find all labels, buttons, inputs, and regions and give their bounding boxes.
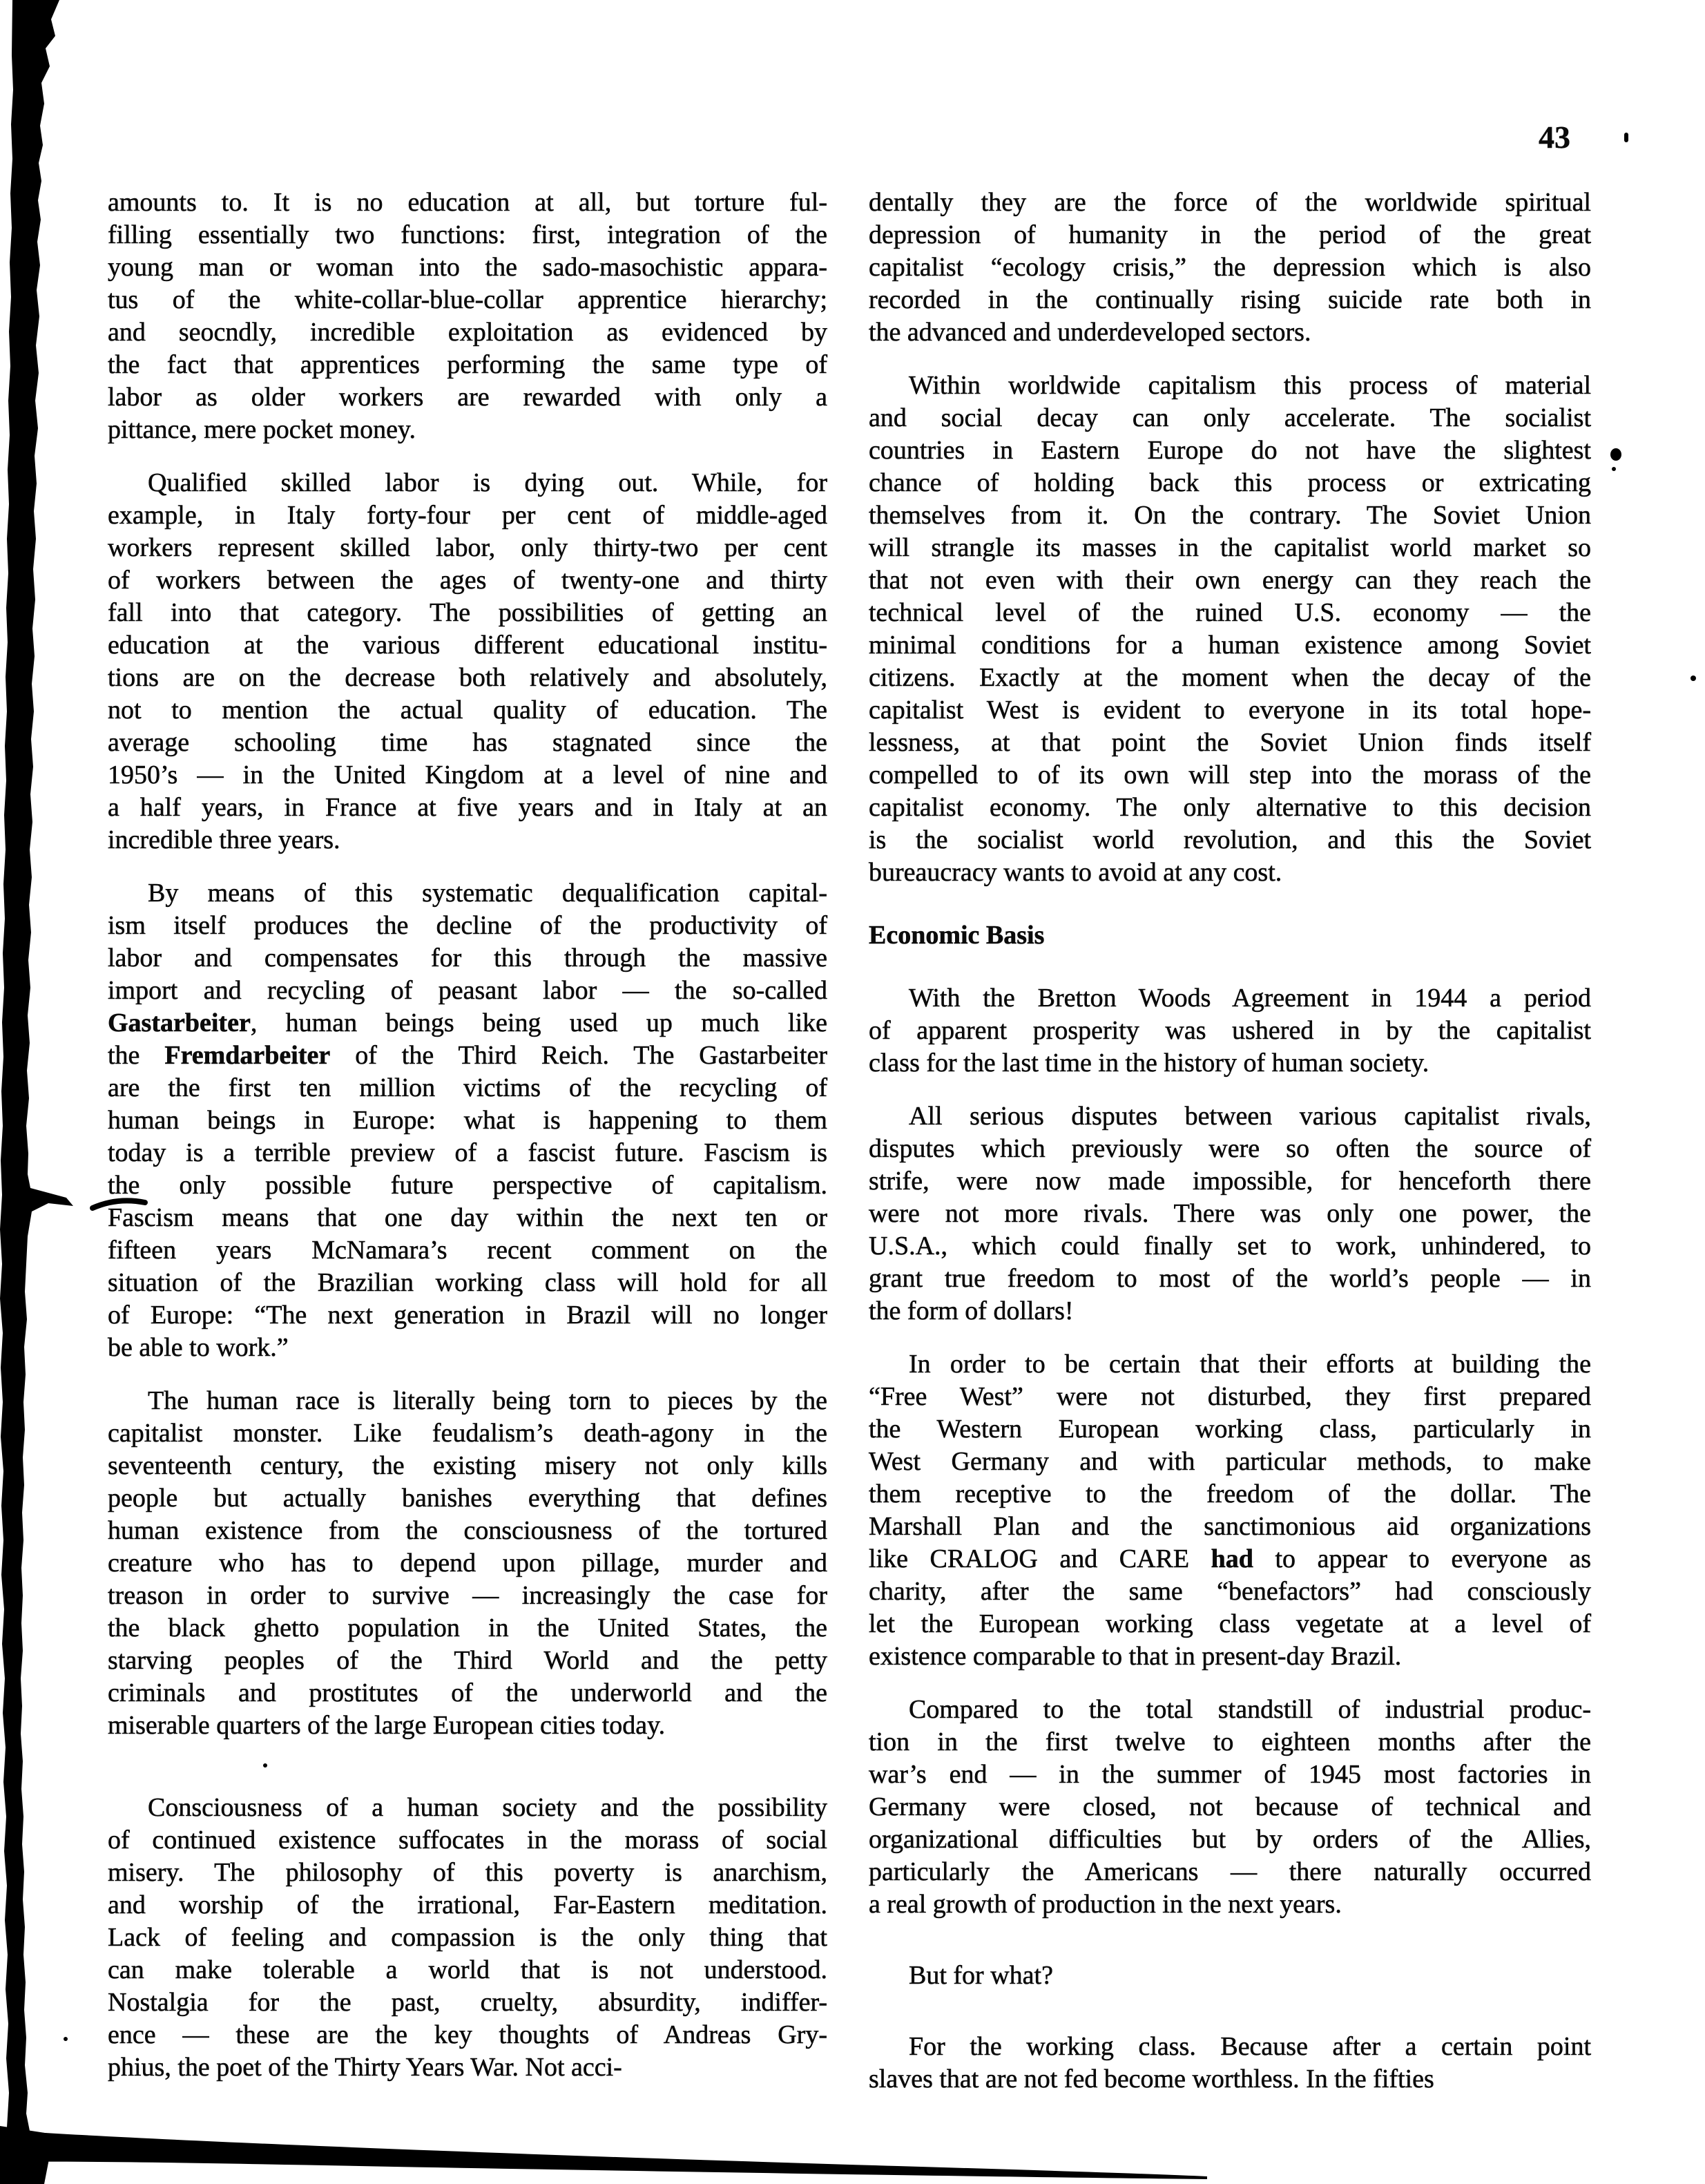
text-line: let the European working class vegetate … [869, 1608, 1591, 1640]
text-line: were not more rivals. There was only one… [869, 1198, 1591, 1230]
text-line: strife, were now made impossible, for he… [869, 1165, 1591, 1198]
text-line: ism itself produces the decline of the p… [108, 910, 827, 942]
bottom-scan-streak-artifact [0, 2130, 1207, 2179]
text-line: a real growth of production in the next … [869, 1888, 1591, 1921]
text-line: tions are on the decrease both relativel… [108, 662, 827, 694]
text-line: Gastarbeiter, human beings being used up… [108, 1007, 827, 1040]
text-line: will strangle its masses in the capitali… [869, 532, 1591, 564]
text-line: minimal conditions for a human existence… [869, 629, 1591, 662]
page-number: 43 [1523, 119, 1586, 155]
text-line: and social decay can only accelerate. Th… [869, 402, 1591, 434]
text-line: situation of the Brazilian working class… [108, 1267, 827, 1299]
text-line: fall into that category. The possibiliti… [108, 597, 827, 629]
text-line: Consciousness of a human society and the… [108, 1792, 827, 1824]
text-line: average schooling time has stagnated sin… [108, 727, 827, 759]
text-line: the fact that apprentices performing the… [108, 349, 827, 381]
text-line: the Fremdarbeiter of the Third Reich. Th… [108, 1040, 827, 1072]
text-line: and worship of the irrational, Far-Easte… [108, 1889, 827, 1922]
text-line: of apparent prosperity was ushered in by… [869, 1015, 1591, 1047]
text-line: seventeenth century, the existing misery… [108, 1450, 827, 1482]
text-line: that not even with their own energy can … [869, 564, 1591, 597]
text-line: countries in Eastern Europe do not have … [869, 434, 1591, 467]
text-line: can make tolerable a world that is not u… [108, 1954, 827, 1986]
paragraph: Consciousness of a human society and the… [108, 1792, 827, 2084]
text-line: capitalist West is evident to everyone i… [869, 694, 1591, 727]
text-line: Within worldwide capitalism this process… [869, 370, 1591, 402]
text-line: bureaucracy wants to avoid at any cost. [869, 856, 1591, 889]
text-line: filling essentially two functions: first… [108, 219, 827, 251]
text-line: them receptive to the freedom of the dol… [869, 1478, 1591, 1511]
text-line: technical level of the ruined U.S. econo… [869, 597, 1591, 629]
text-line: Lack of feeling and compassion is the on… [108, 1922, 827, 1954]
paragraph: dentally they are the force of the world… [869, 186, 1591, 349]
column-left: amounts to. It is no education at all, b… [108, 186, 827, 2084]
text-line: of Europe: “The next generation in Brazi… [108, 1299, 827, 1332]
text-line: labor and compensates for this through t… [108, 942, 827, 975]
text-line: education at the various different educa… [108, 629, 827, 662]
text-line: a half years, in France at five years an… [108, 792, 827, 824]
text-line: misery. The philosophy of this poverty i… [108, 1857, 827, 1889]
text-line: The human race is literally being torn t… [108, 1385, 827, 1417]
text-line: fifteen years McNamara’s recent comment … [108, 1234, 827, 1267]
text-line: creature who has to depend upon pillage,… [108, 1547, 827, 1580]
text-line: organizational difficulties but by order… [869, 1823, 1591, 1856]
text-line: West Germany and with particular methods… [869, 1446, 1591, 1478]
text-line: the only possible future perspective of … [108, 1169, 827, 1202]
text-line: ence — these are the key thoughts of And… [108, 2019, 827, 2051]
text-line: criminals and prostitutes of the underwo… [108, 1677, 827, 1709]
text-line: themselves from it. On the contrary. The… [869, 499, 1591, 532]
text-line: be able to work.” [108, 1332, 827, 1364]
text-line: pittance, mere pocket money. [108, 414, 827, 446]
text-line: are the first ten million victims of the… [108, 1072, 827, 1104]
text-line: not to mention the actual quality of edu… [108, 694, 827, 727]
text-line: of continued existence suffocates in the… [108, 1824, 827, 1857]
text-line: workers represent skilled labor, only th… [108, 532, 827, 564]
text-line: In order to be certain that their effort… [869, 1348, 1591, 1381]
text-line: capitalist economy. The only alternative… [869, 792, 1591, 824]
text-line: the Western European working class, part… [869, 1413, 1591, 1446]
text-line: the form of dollars! [869, 1295, 1591, 1328]
text-line: slaves that are not fed become worthless… [869, 2063, 1591, 2096]
text-line: chance of holding back this process or e… [869, 467, 1591, 499]
text-line: recorded in the continually rising suici… [869, 284, 1591, 316]
text-line: particularly the Americans — there natur… [869, 1856, 1591, 1888]
text-line: disputes which previously were so often … [869, 1133, 1591, 1165]
text-line: incredible three years. [108, 824, 827, 856]
text-line: young man or woman into the sado-masochi… [108, 251, 827, 284]
text-line: miserable quarters of the large European… [108, 1709, 827, 1742]
text-line: example, in Italy forty-four per cent of… [108, 499, 827, 532]
text-line: the advanced and underdeveloped sectors. [869, 316, 1591, 349]
scanned-document-page: 43 amounts to. It is no education at all… [0, 0, 1705, 2184]
text-line: import and recycling of peasant labor — … [108, 975, 827, 1007]
text-line: grant true freedom to most of the world’… [869, 1263, 1591, 1295]
text-line: labor as older workers are rewarded with… [108, 381, 827, 414]
paragraph: But for what? [869, 1960, 1591, 1992]
text-line: human beings in Europe: what is happenin… [108, 1104, 827, 1137]
section-heading: Economic Basis [869, 919, 1591, 952]
text-line: compelled to of its own will step into t… [869, 759, 1591, 792]
text-line: Fascism means that one day within the ne… [108, 1202, 827, 1234]
text-line: existence comparable to that in present-… [869, 1640, 1591, 1673]
text-line: treason in order to survive — increasing… [108, 1580, 827, 1612]
paragraph: Compared to the total standstill of indu… [869, 1694, 1591, 1921]
text-line: amounts to. It is no education at all, b… [108, 186, 827, 219]
text-line: But for what? [869, 1960, 1591, 1992]
text-line: human existence from the consciousness o… [108, 1515, 827, 1547]
text-line: lessness, at that point the Soviet Union… [869, 727, 1591, 759]
text-line: capitalist “ecology crisis,” the depress… [869, 251, 1591, 284]
text-line: class for the last time in the history o… [869, 1047, 1591, 1080]
paragraph: All serious disputes between various cap… [869, 1100, 1591, 1328]
text-line: starving peoples of the Third World and … [108, 1645, 827, 1677]
left-edge-scan-bar-artifact [0, 0, 73, 2184]
text-line: By means of this systematic dequalificat… [108, 877, 827, 910]
text-line: phius, the poet of the Thirty Years War.… [108, 2051, 827, 2084]
paragraph: For the working class. Because after a c… [869, 2031, 1591, 2096]
text-line: dentally they are the force of the world… [869, 186, 1591, 219]
text-line: Compared to the total standstill of indu… [869, 1694, 1591, 1726]
text-line: All serious disputes between various cap… [869, 1100, 1591, 1133]
text-line: Marshall Plan and the sanctimonious aid … [869, 1511, 1591, 1543]
paragraph: In order to be certain that their effort… [869, 1348, 1591, 1673]
text-line: like CRALOG and CARE had to appear to ev… [869, 1543, 1591, 1575]
text-line: of workers between the ages of twenty-on… [108, 564, 827, 597]
text-line: tus of the white-collar-blue-collar appr… [108, 284, 827, 316]
text-line: “Free West” were not disturbed, they fir… [869, 1381, 1591, 1413]
column-right: dentally they are the force of the world… [869, 186, 1591, 2096]
paragraph: amounts to. It is no education at all, b… [108, 186, 827, 446]
text-line: For the working class. Because after a c… [869, 2031, 1591, 2063]
text-line: is the socialist world revolution, and t… [869, 824, 1591, 856]
text-line: With the Bretton Woods Agreement in 1944… [869, 982, 1591, 1015]
text-line: Qualified skilled labor is dying out. Wh… [108, 467, 827, 499]
paragraph: By means of this systematic dequalificat… [108, 877, 827, 1364]
text-line: U.S.A., which could finally set to work,… [869, 1230, 1591, 1263]
paragraph: With the Bretton Woods Agreement in 1944… [869, 982, 1591, 1080]
text-line: citizens. Exactly at the moment when the… [869, 662, 1591, 694]
text-line: today is a terrible preview of a fascist… [108, 1137, 827, 1169]
text-line: 1950’s — in the United Kingdom at a leve… [108, 759, 827, 792]
text-line: and seocndly, incredible exploitation as… [108, 316, 827, 349]
text-line: Germany were closed, not because of tech… [869, 1791, 1591, 1823]
text-line: people but actually banishes everything … [108, 1482, 827, 1515]
text-line: capitalist monster. Like feudalism’s dea… [108, 1417, 827, 1450]
text-line: the black ghetto population in the Unite… [108, 1612, 827, 1645]
text-line: war’s end — in the summer of 1945 most f… [869, 1759, 1591, 1791]
text-line: Nostalgia for the past, cruelty, absurdi… [108, 1986, 827, 2019]
text-line: tion in the first twelve to eighteen mon… [869, 1726, 1591, 1759]
text-line: charity, after the same “benefactors” ha… [869, 1575, 1591, 1608]
text-line: Economic Basis [869, 919, 1591, 952]
paragraph: Qualified skilled labor is dying out. Wh… [108, 467, 827, 856]
paragraph: The human race is literally being torn t… [108, 1385, 827, 1742]
text-line: depression of humanity in the period of … [869, 219, 1591, 251]
corner-scan-blob-artifact [0, 2126, 54, 2184]
paragraph: Within worldwide capitalism this process… [869, 370, 1591, 889]
